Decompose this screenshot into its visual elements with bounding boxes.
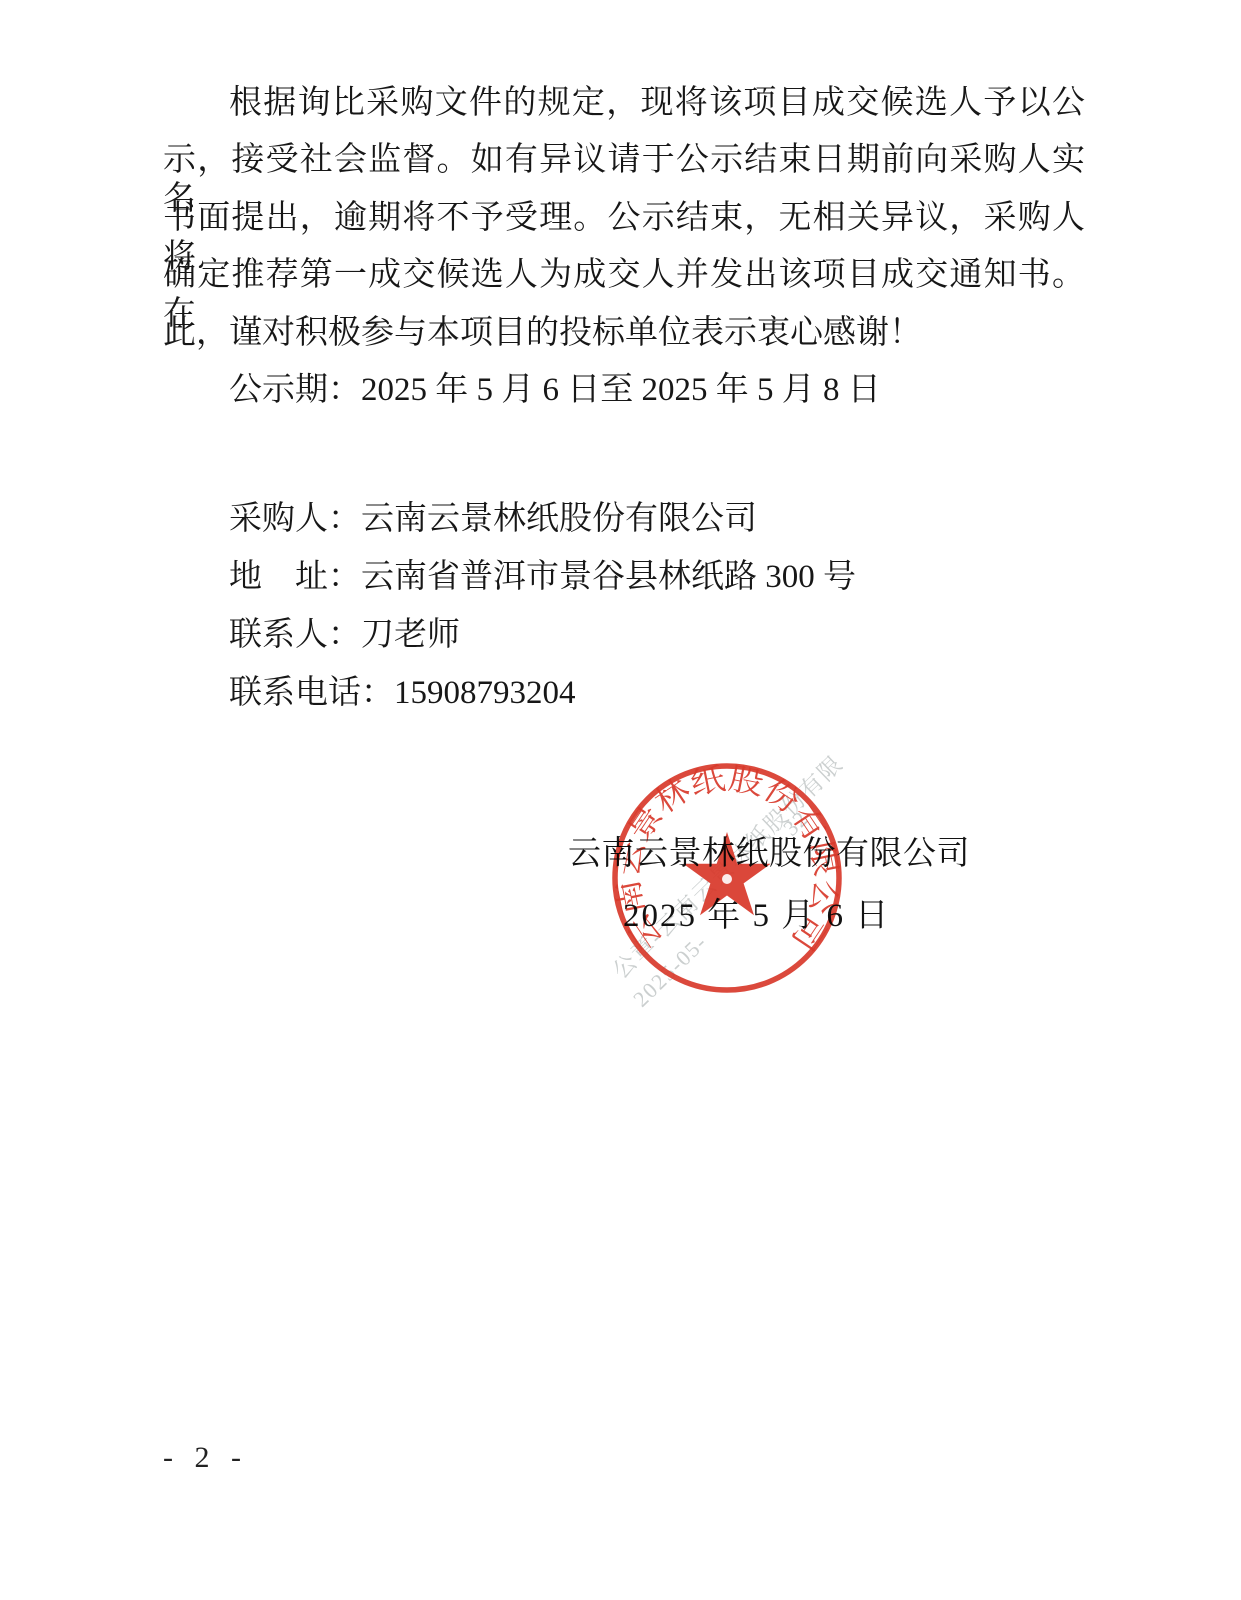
contact-person-line: 联系人：刀老师: [229, 616, 460, 655]
contact-purchaser-line: 采购人：云南云景林纸股份有限公司: [229, 500, 757, 539]
contact-address-line: 地 址：云南省普洱市景谷县林纸路 300 号: [229, 558, 856, 597]
seal-star-center-dot: [722, 874, 732, 884]
publicity-period-line: 公示期：2025 年 5 月 6 日至 2025 年 5 月 8 日: [229, 371, 881, 410]
contact-phone-line: 联系电话：15908793204: [229, 674, 576, 713]
page-number: - 2 -: [163, 1441, 248, 1475]
paragraph-line-1: 根据询比采购文件的规定，现将该项目成交候选人予以公: [229, 84, 1085, 123]
company-seal-stamp: 公章-云南云景林纸股份有限 2025-05- 32 云南云景林纸股份有限公司: [592, 743, 862, 1013]
document-page: 根据询比采购文件的规定，现将该项目成交候选人予以公 示，接受社会监督。如有异议请…: [0, 0, 1241, 1600]
paragraph-line-5: 此，谨对积极参与本项目的投标单位表示衷心感谢！: [163, 314, 922, 353]
